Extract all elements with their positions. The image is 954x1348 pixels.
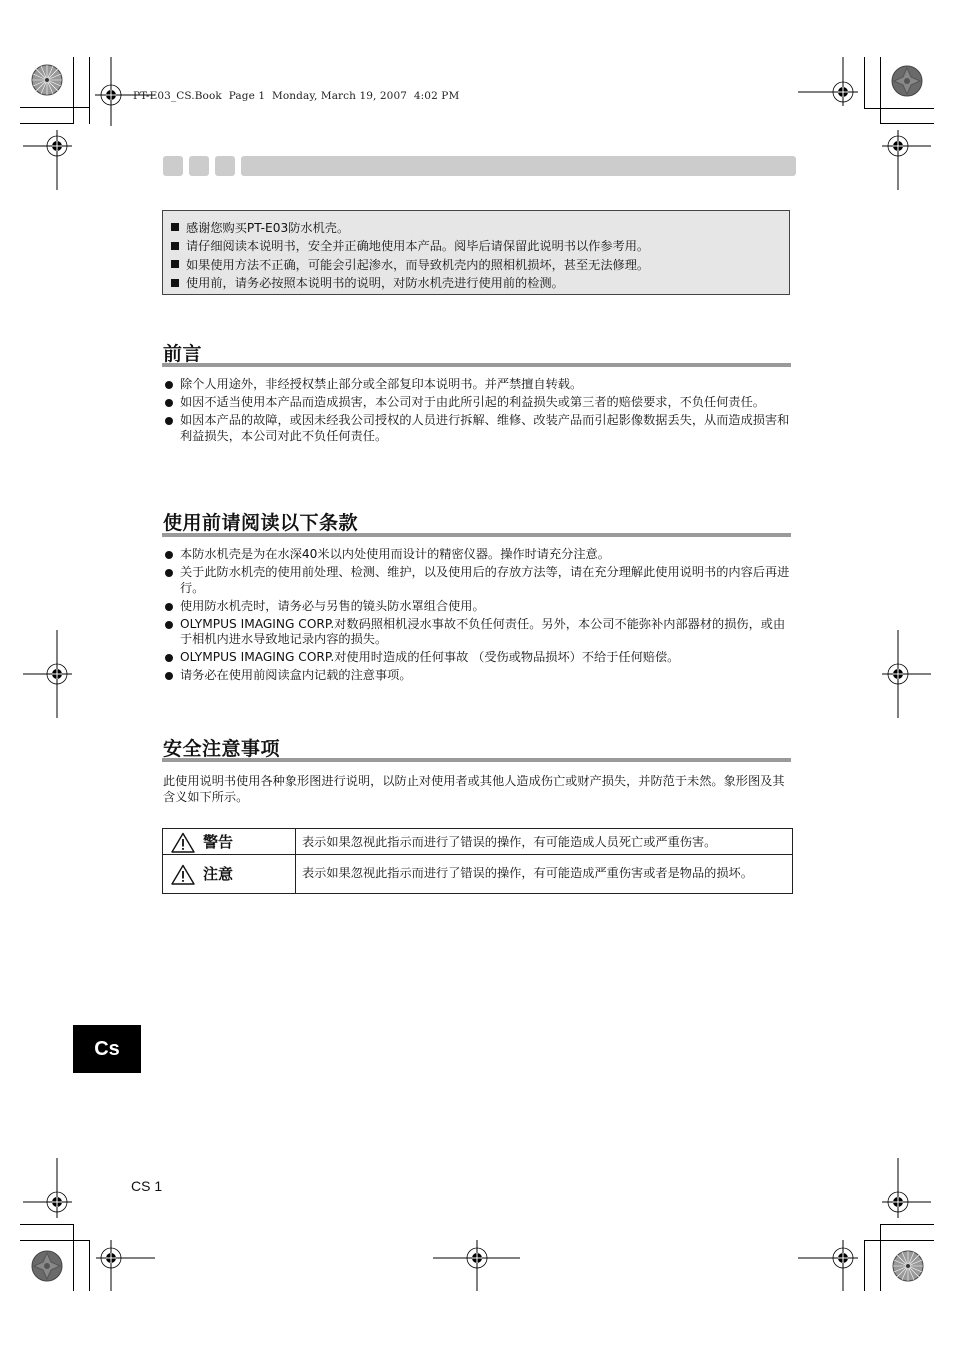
square-bullet-icon xyxy=(171,260,179,268)
page-number: CS 1 xyxy=(131,1178,162,1194)
list-item: 使用防水机壳时，请务必与另售的镜头防水罩组合使用。 xyxy=(163,599,791,615)
language-tab: Cs xyxy=(73,1025,141,1073)
warning-triangle-icon xyxy=(171,864,195,885)
intro-item: 请仔细阅读本说明书，安全并正确地使用本产品。阅毕后请保留此说明书以作参考用。 xyxy=(171,237,789,256)
bullet-icon xyxy=(165,621,173,629)
list-item: 本防水机壳是为在水深40米以内处使用而设计的精密仪器。操作时请充分注意。 xyxy=(163,547,791,563)
terms-list: 本防水机壳是为在水深40米以内处使用而设计的精密仪器。操作时请充分注意。 关于此… xyxy=(163,547,791,686)
list-item: 请务必在使用前阅读盒内记载的注意事项。 xyxy=(163,668,791,684)
section-rule xyxy=(162,533,791,537)
bullet-icon xyxy=(165,569,173,577)
symbol-label: 注意 xyxy=(203,865,233,883)
pattern-target-icon xyxy=(32,1251,62,1281)
intro-notice-box: 感谢您购买PT-E03防水机壳。 请仔细阅读本说明书，安全并正确地使用本产品。阅… xyxy=(162,210,790,295)
section-title-terms: 使用前请阅读以下条款 xyxy=(163,508,358,535)
square-bullet-icon xyxy=(171,242,179,250)
warning-triangle-icon xyxy=(171,832,195,853)
header-tab-1 xyxy=(163,156,183,176)
list-item: OLYMPUS IMAGING CORP.对使用时造成的任何事故 （受伤或物品损… xyxy=(163,650,791,666)
header-tab-2 xyxy=(189,156,209,176)
intro-item: 使用前，请务必按照本说明书的说明，对防水机壳进行使用前的检测。 xyxy=(171,274,789,293)
symbol-row-caution: 注意 表示如果忽视此指示而进行了错误的操作，有可能造成严重伤害或者是物品的损坏。 xyxy=(163,855,793,894)
bullet-icon xyxy=(165,399,173,407)
symbol-label: 警告 xyxy=(203,833,233,851)
print-slug: PT-E03_CS.Book Page 1 Monday, March 19, … xyxy=(133,90,459,102)
intro-item: 感谢您购买PT-E03防水机壳。 xyxy=(171,218,789,237)
bullet-icon xyxy=(165,603,173,611)
preface-list: 除个人用途外，非经授权禁止部分或全部复印本说明书。并严禁擅自转载。 如因不适当使… xyxy=(163,377,791,447)
list-item: 关于此防水机壳的使用前处理、检测、维护，以及使用后的存放方法等，请在充分理解此使… xyxy=(163,565,791,596)
bullet-icon xyxy=(165,417,173,425)
symbol-legend-table: 警告 表示如果忽视此指示而进行了错误的操作，有可能造成人员死亡或严重伤害。 注意… xyxy=(162,828,793,894)
section-title-safety: 安全注意事项 xyxy=(163,734,280,761)
bullet-icon xyxy=(165,381,173,389)
intro-item: 如果使用方法不正确，可能会引起渗水，而导致机壳内的照相机损坏，甚至无法修理。 xyxy=(171,255,789,274)
bullet-icon xyxy=(165,672,173,680)
list-item: 如因不适当使用本产品而造成损害，本公司对于由此所引起的利益损失或第三者的赔偿要求… xyxy=(163,395,791,411)
symbol-meaning: 表示如果忽视此指示而进行了错误的操作，有可能造成人员死亡或严重伤害。 xyxy=(296,829,793,855)
star-target-icon xyxy=(32,65,62,95)
header-tab-3 xyxy=(215,156,235,176)
square-bullet-icon xyxy=(171,223,179,231)
star-target-icon xyxy=(893,1251,923,1281)
symbol-meaning: 表示如果忽视此指示而进行了错误的操作，有可能造成严重伤害或者是物品的损坏。 xyxy=(296,855,793,894)
list-item: 除个人用途外，非经授权禁止部分或全部复印本说明书。并严禁擅自转载。 xyxy=(163,377,791,393)
list-item: 如因本产品的故障，或因未经我公司授权的人员进行拆解、维修、改装产品而引起影像数据… xyxy=(163,413,791,444)
section-title-preface: 前言 xyxy=(163,339,202,366)
section-rule xyxy=(162,758,791,762)
header-bar xyxy=(241,156,796,176)
safety-intro-paragraph: 此使用说明书使用各种象形图进行说明，以防止对使用者或其他人造成伤亡或财产损失，并… xyxy=(163,773,788,805)
pattern-target-icon xyxy=(892,66,922,96)
section-rule xyxy=(162,363,791,367)
bullet-icon xyxy=(165,654,173,662)
list-item: OLYMPUS IMAGING CORP.对数码照相机浸水事故不负任何责任。另外… xyxy=(163,617,791,648)
symbol-row-warning: 警告 表示如果忽视此指示而进行了错误的操作，有可能造成人员死亡或严重伤害。 xyxy=(163,829,793,855)
square-bullet-icon xyxy=(171,279,179,287)
bullet-icon xyxy=(165,551,173,559)
